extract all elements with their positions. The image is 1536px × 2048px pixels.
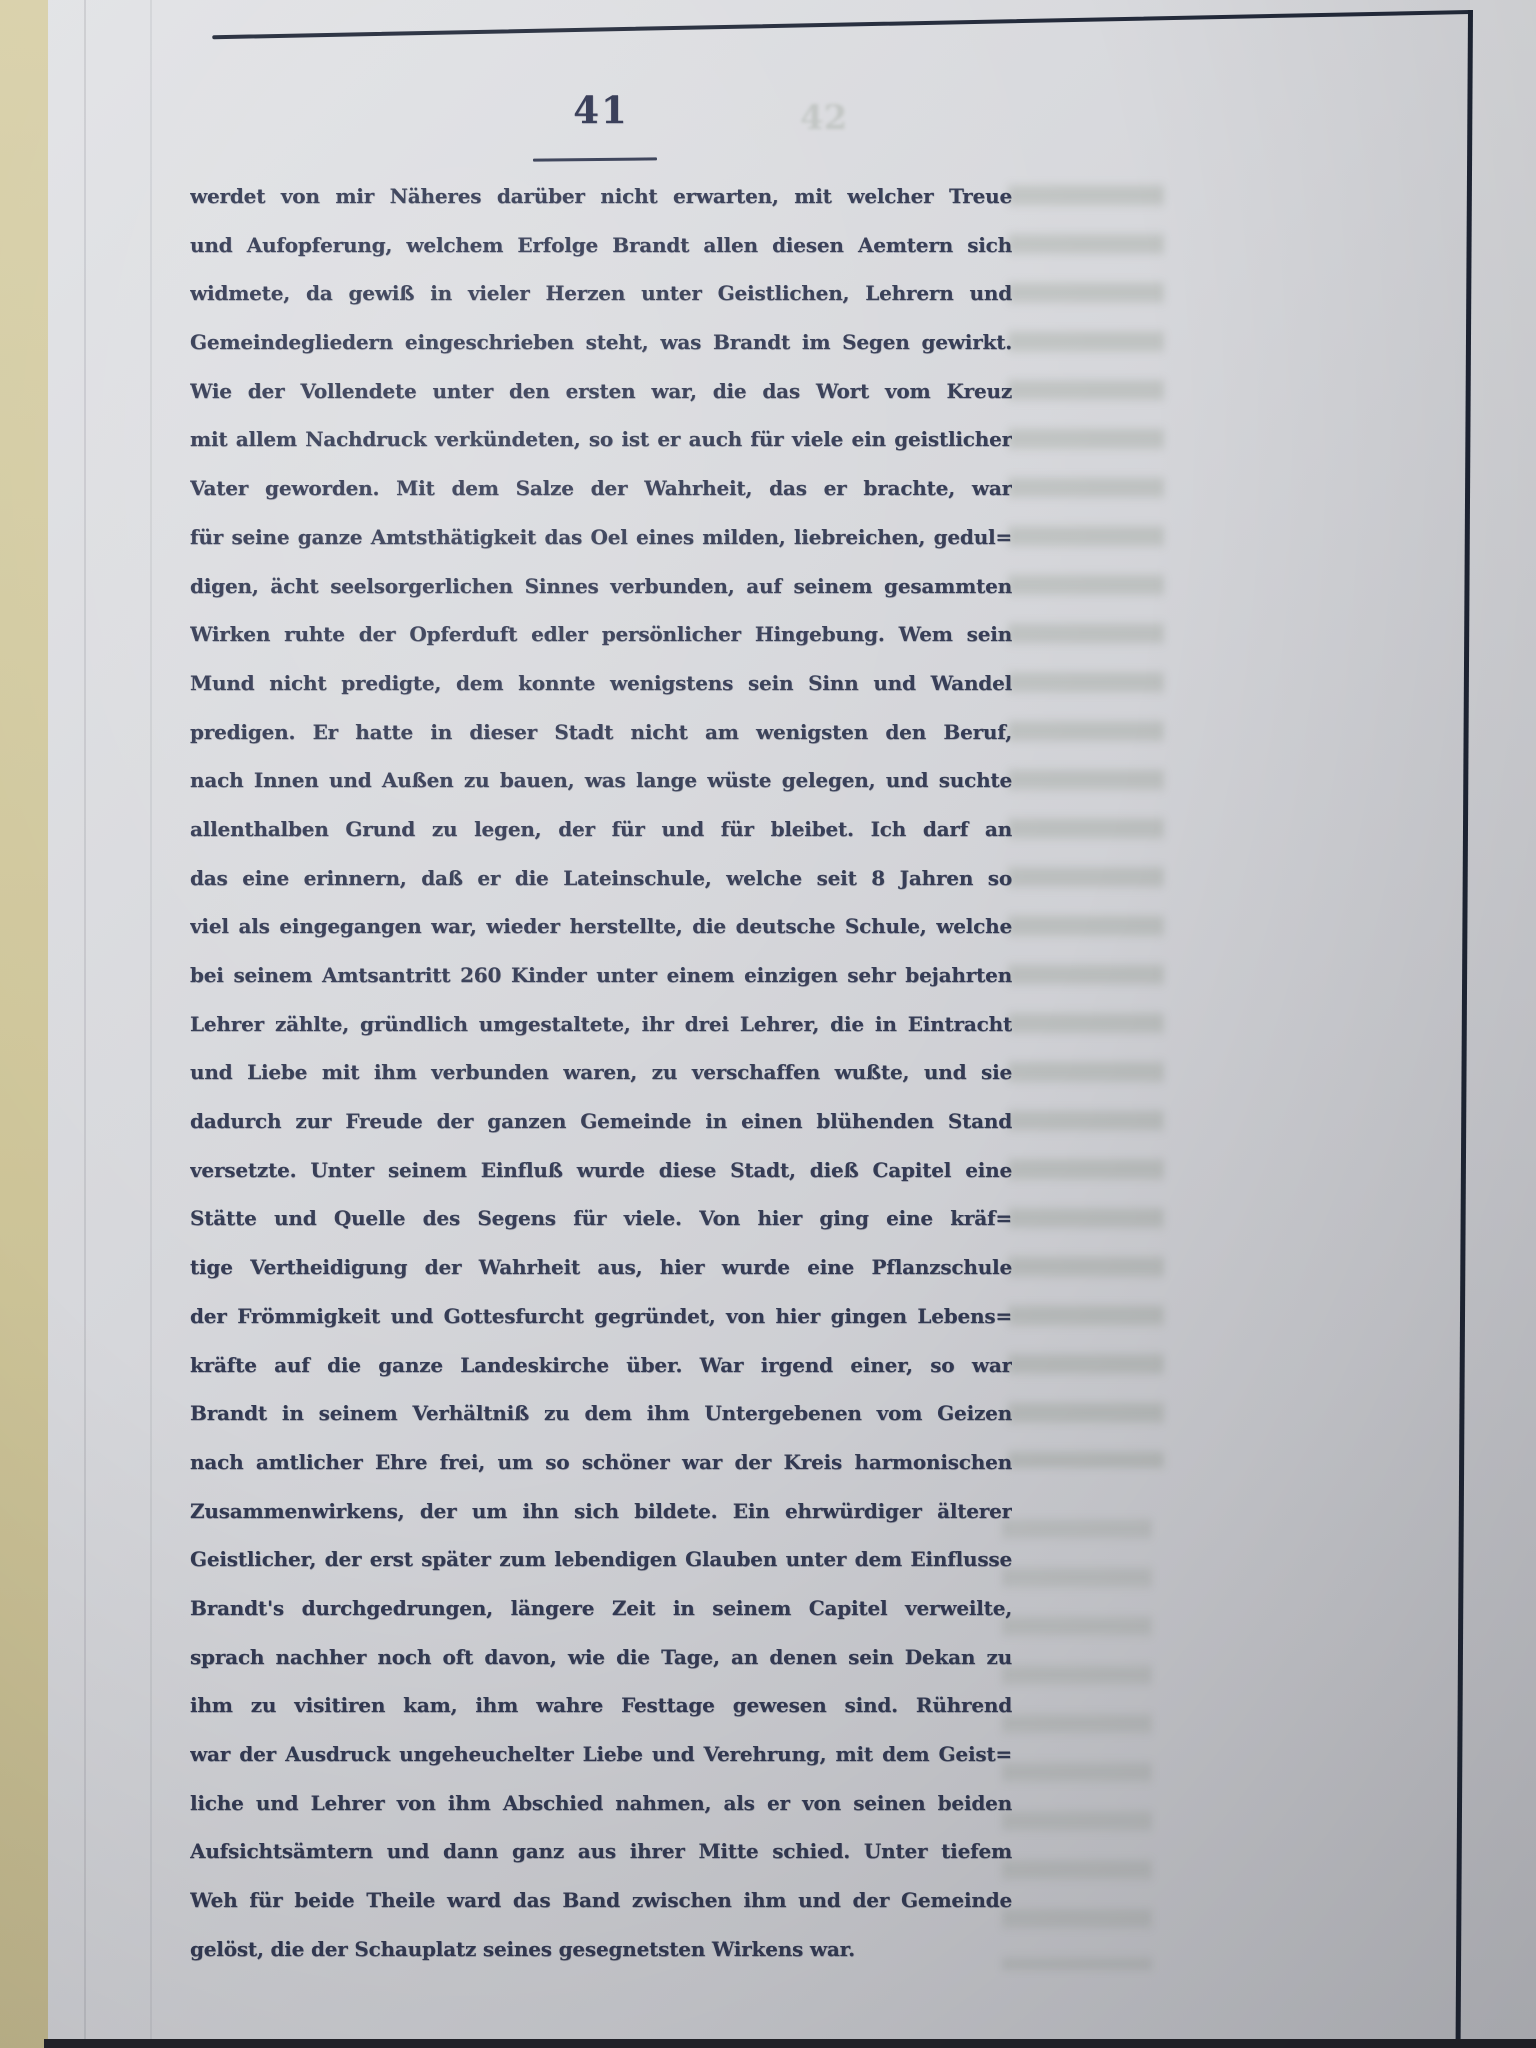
text-line: Weh für beide Theile ward das Band zwisc… <box>190 1876 1012 1925</box>
text-line: digen, ächt seelsorgerlichen Sinnes verb… <box>190 562 1012 611</box>
text-line: tige Vertheidigung der Wahrheit aus, hie… <box>190 1243 1012 1292</box>
text-line: Lehrer zählte, gründlich umgestaltete, i… <box>190 1000 1012 1049</box>
text-line: ihm zu visitiren kam, ihm wahre Festtage… <box>190 1681 1012 1730</box>
text-line: Brandt in seinem Verhältniß zu dem ihm U… <box>190 1389 1012 1438</box>
text-line: Geistlicher, der erst später zum lebendi… <box>190 1535 1012 1584</box>
text-line: Stätte und Quelle des Segens für viele. … <box>190 1194 1012 1243</box>
text-line: sprach nachher noch oft davon, wie die T… <box>190 1633 1012 1682</box>
text-line: werdet von mir Näheres darüber nicht erw… <box>190 172 1012 221</box>
text-line: mit allem Nachdruck verkündeten, so ist … <box>190 415 1012 464</box>
text-line: Wie der Vollendete unter den ersten war,… <box>190 367 1012 416</box>
text-line: bei seinem Amtsantritt 260 Kinder unter … <box>190 951 1012 1000</box>
page-stack-edge <box>150 0 152 2048</box>
page-number: 41 <box>190 88 1012 132</box>
text-line: versetzte. Unter seinem Einfluß wurde di… <box>190 1146 1012 1195</box>
text-line: für seine ganze Amtsthätigkeit das Oel e… <box>190 513 1012 562</box>
text-line: predigen. Er hatte in dieser Stadt nicht… <box>190 708 1012 757</box>
text-line: der Frömmigkeit und Gottesfurcht gegründ… <box>190 1292 1012 1341</box>
underlying-page <box>1470 0 1536 2048</box>
text-line: widmete, da gewiß in vieler Herzen unter… <box>190 269 1012 318</box>
text-line: Zusammenwirkens, der um ihn sich bildete… <box>190 1487 1012 1536</box>
text-line: kräfte auf die ganze Landeskirche über. … <box>190 1341 1012 1390</box>
body-text: werdet von mir Näheres darüber nicht erw… <box>190 172 1012 1973</box>
page-bottom-edge <box>44 2039 1536 2048</box>
text-line: nach amtlicher Ehre frei, um so schöner … <box>190 1438 1012 1487</box>
text-line: viel als eingegangen war, wieder herstel… <box>190 902 1012 951</box>
text-line: Wirken ruhte der Opferduft edler persönl… <box>190 610 1012 659</box>
text-line: allenthalben Grund zu legen, der für und… <box>190 805 1012 854</box>
book-photo: 42 41 werdet von mir Näheres darüber nic… <box>0 0 1536 2048</box>
page-stack-edge <box>84 0 86 2048</box>
text-line: nach Innen und Außen zu bauen, was lange… <box>190 756 1012 805</box>
text-line: gelöst, die der Schauplatz seines gesegn… <box>190 1925 1012 1974</box>
table-surface <box>0 0 52 2048</box>
text-line: das eine erinnern, daß er die Lateinschu… <box>190 854 1012 903</box>
text-line: Aufsichtsämtern und dann ganz aus ihrer … <box>190 1827 1012 1876</box>
bleed-through-text <box>1008 168 1164 1468</box>
bleed-through-text <box>1002 1500 1152 1970</box>
text-line: Vater geworden. Mit dem Salze der Wahrhe… <box>190 464 1012 513</box>
text-line: dadurch zur Freude der ganzen Gemeinde i… <box>190 1097 1012 1146</box>
text-line: liche und Lehrer von ihm Abschied nahmen… <box>190 1779 1012 1828</box>
text-line: war der Ausdruck ungeheuchelter Liebe un… <box>190 1730 1012 1779</box>
text-line: Gemeindegliedern eingeschrieben steht, w… <box>190 318 1012 367</box>
text-line: Mund nicht predigte, dem konnte wenigste… <box>190 659 1012 708</box>
text-line: Brandt's durchgedrungen, längere Zeit in… <box>190 1584 1012 1633</box>
text-line: und Aufopferung, welchem Erfolge Brandt … <box>190 221 1012 270</box>
text-line: und Liebe mit ihm verbunden waren, zu ve… <box>190 1048 1012 1097</box>
